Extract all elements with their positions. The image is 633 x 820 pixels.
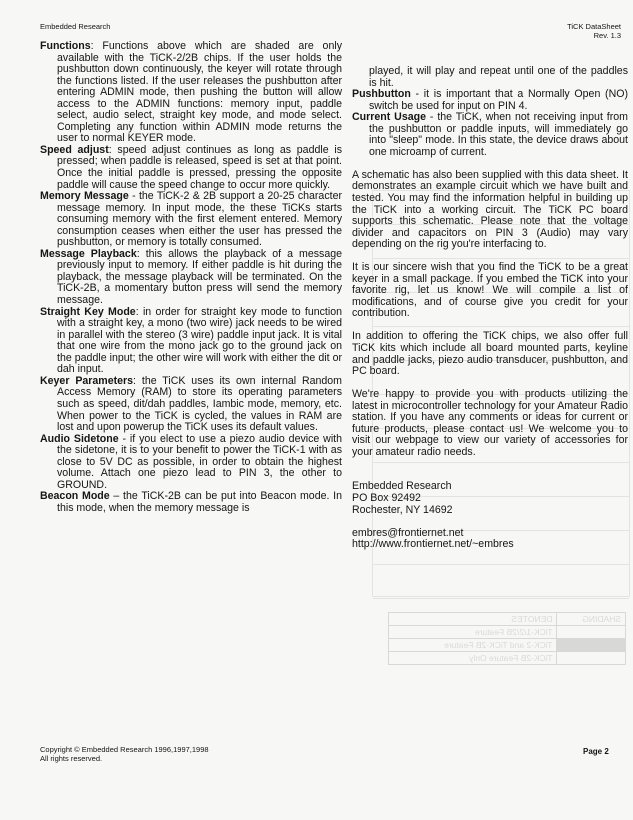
bleed-row: TiCK-2B Feature Only	[389, 652, 557, 665]
address-city: Rochester, NY 14692	[352, 505, 628, 517]
document-page: SHADING DENOTES TiCK-1/2/2B Feature TiCK…	[0, 0, 633, 820]
left-column: Functions: Functions above which are sha…	[40, 41, 342, 514]
entry-term: Memory Message	[40, 190, 129, 202]
entry-term: Audio Sidetone	[40, 433, 119, 445]
entry-pushbutton: Pushbutton - it is important that a Norm…	[352, 89, 628, 112]
header-company: Embedded Research	[40, 22, 110, 31]
entry-term: Pushbutton	[352, 88, 411, 100]
paragraph-happy-to-provide: We're happy to provide you with products…	[352, 389, 628, 458]
header-right: TiCK DataSheet Rev. 1.3	[567, 22, 621, 40]
entry-speed-adjust: Speed adjust: speed adjust continues as …	[40, 145, 342, 191]
bleed-through-shading-table: SHADING DENOTES TiCK-1/2/2B Feature TiCK…	[388, 612, 626, 665]
entry-term: Keyer Parameters	[40, 375, 133, 387]
entry-keyer-parameters: Keyer Parameters: the TiCK uses its own …	[40, 376, 342, 434]
paragraph-sincere-wish: It is our sincere wish that you find the…	[352, 262, 628, 320]
page-number: Page 2	[583, 747, 609, 756]
entry-term: Speed adjust	[40, 144, 109, 156]
bleed-header-shading: SHADING	[557, 613, 626, 626]
entry-current-usage: Current Usage - the TiCK, when not recei…	[352, 112, 628, 158]
revision: Rev. 1.3	[567, 31, 621, 40]
entry-beacon-mode: Beacon Mode – the TiCK-2B can be put int…	[40, 491, 342, 514]
entry-message-playback: Message Playback: this allows the playba…	[40, 249, 342, 307]
doc-title: TiCK DataSheet	[567, 22, 621, 31]
rights-reserved: All rights reserved.	[40, 755, 209, 764]
bleed-header-denotes: DENOTES	[389, 613, 557, 626]
entry-memory-message: Memory Message - the TiCK-2 & 2B support…	[40, 191, 342, 249]
footer-copyright-block: Copyright © Embedded Research 1996,1997,…	[40, 746, 209, 763]
entry-term: Beacon Mode	[40, 490, 110, 502]
entry-term: Functions	[40, 40, 91, 52]
entry-term: Straight Key Mode	[40, 306, 136, 318]
bleed-row: TiCK-2 and TiCK-2B Feature	[389, 639, 557, 652]
bleed-row: TiCK-1/2/2B Feature	[389, 626, 557, 639]
entry-text: Functions above which are shaded are onl…	[57, 40, 342, 144]
entry-straight-key-mode: Straight Key Mode: in order for straight…	[40, 307, 342, 376]
beacon-continuation: played, it will play and repeat until on…	[352, 66, 628, 89]
address-po-box: PO Box 92492	[352, 493, 628, 505]
entry-functions: Functions: Functions above which are sha…	[40, 41, 342, 145]
website-link[interactable]: http://www.frontiernet.net/~embres	[352, 539, 628, 551]
right-column: played, it will play and repeat until on…	[352, 66, 628, 551]
paragraph-schematic: A schematic has also been supplied with …	[352, 170, 628, 251]
entry-term: Message Playback	[40, 248, 137, 260]
entry-audio-sidetone: Audio Sidetone - if you elect to use a p…	[40, 434, 342, 492]
entry-term: Current Usage	[352, 111, 426, 123]
paragraph-kits: In addition to offering the TiCK chips, …	[352, 331, 628, 377]
